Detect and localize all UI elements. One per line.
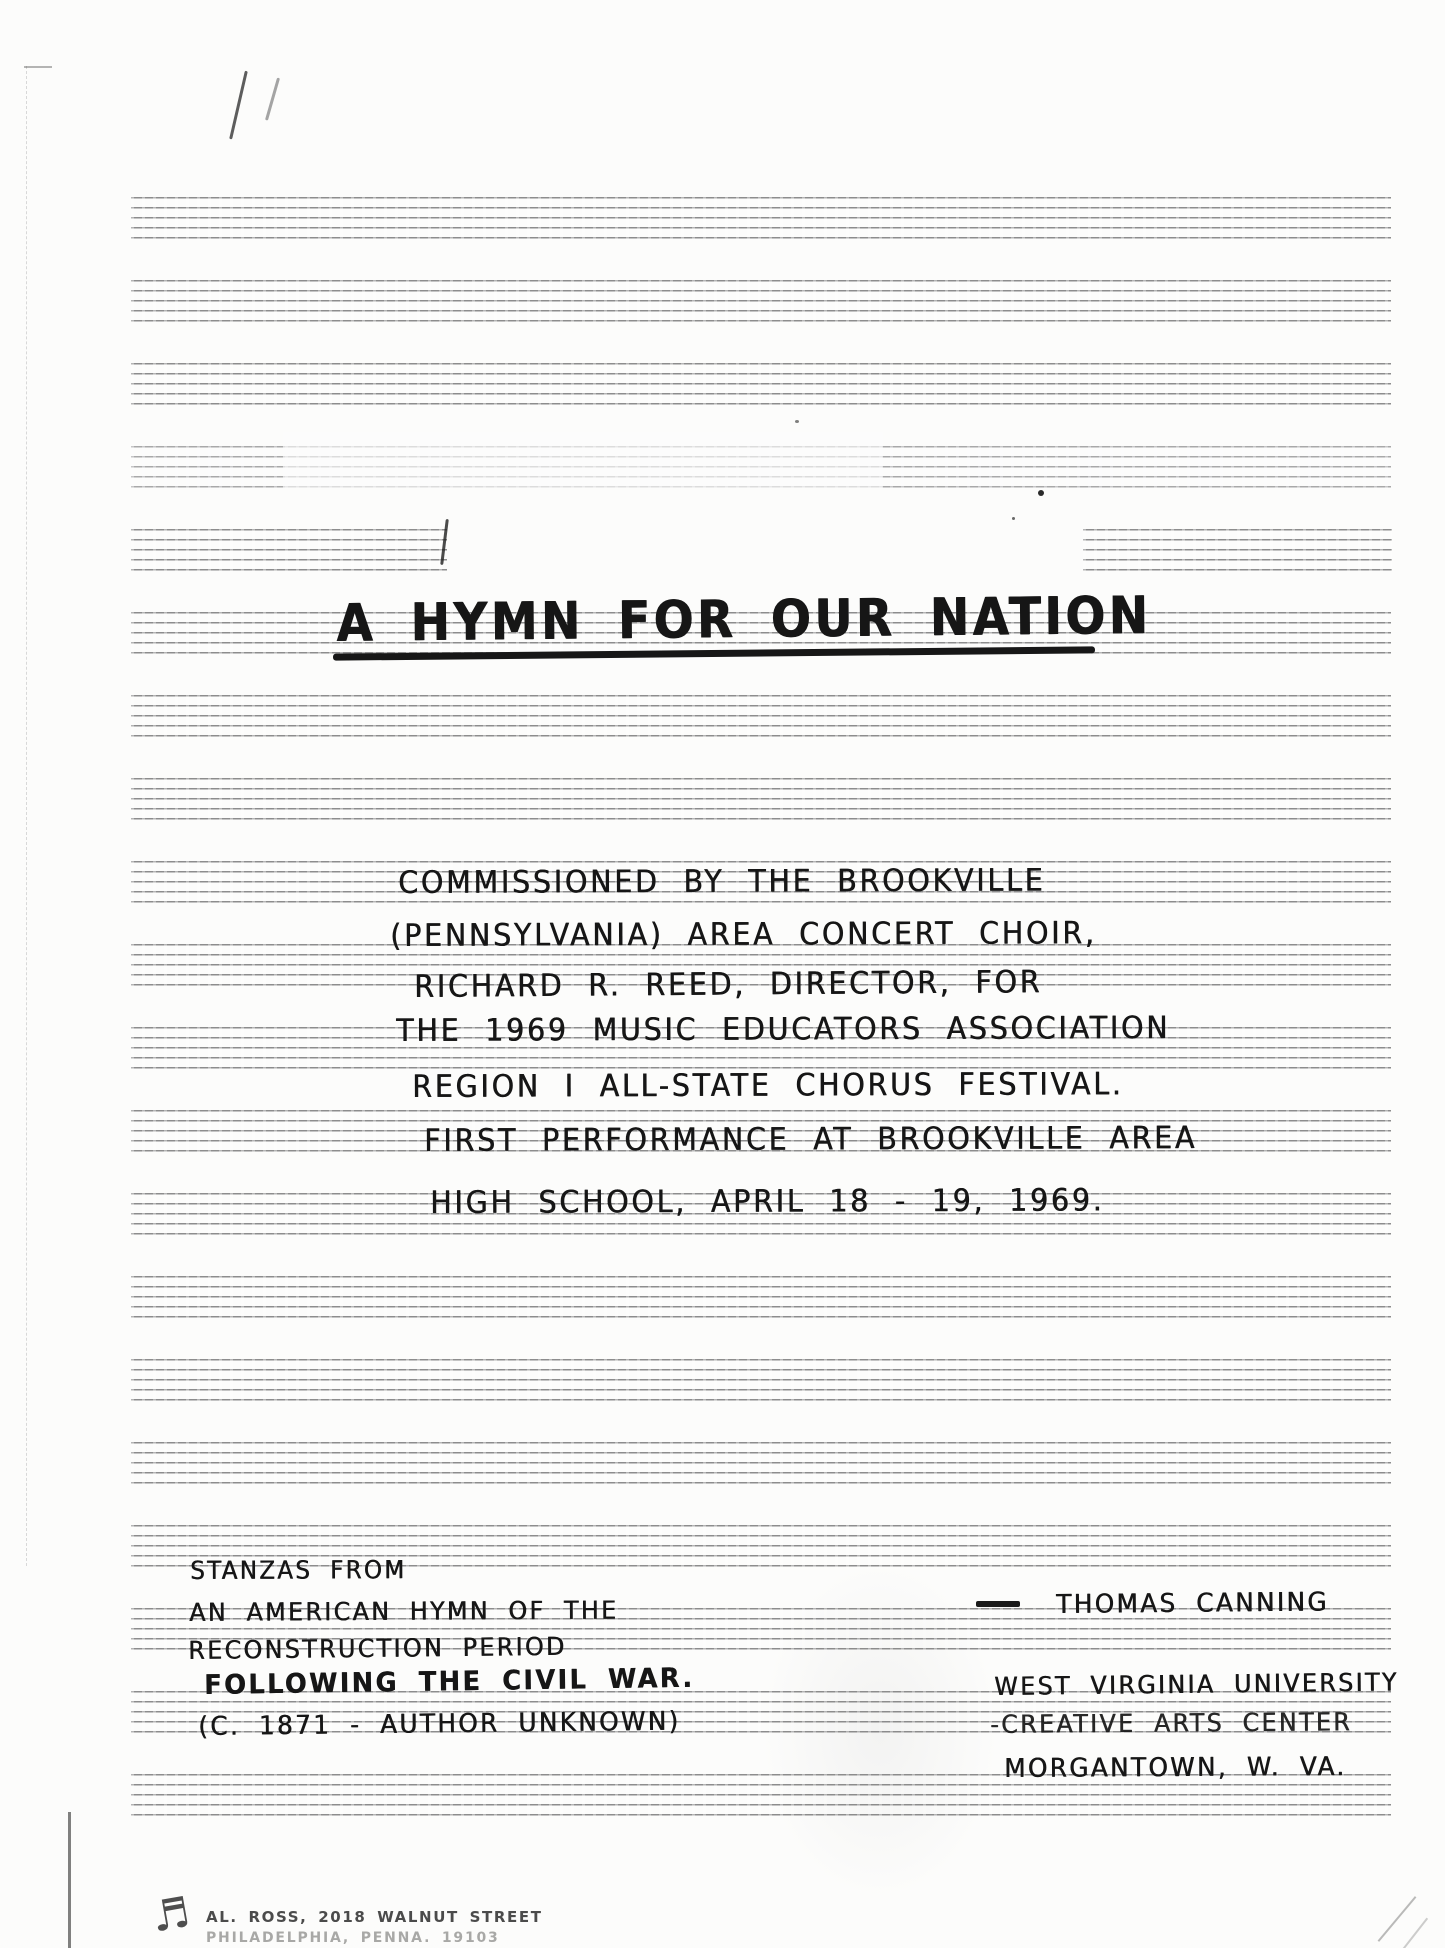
scan-scratch [1378,1896,1417,1942]
commission-line: RICHARD R. REED, DIRECTOR, FOR [414,967,1042,1003]
source-note-line: STANZAS FROM [190,1557,406,1583]
author-dash [976,1601,1020,1607]
ink-speck [795,420,799,423]
staff-line-group [131,1276,1391,1318]
pen-mark [229,71,247,140]
source-note-line: AN AMERICAN HYMN OF THE [189,1598,618,1625]
staff-line-group [131,1442,1391,1484]
ink-speck [1012,517,1015,520]
imprint-city-line: PHILADELPHIA, PENNA. 19103 [206,1930,500,1946]
source-note-line: (C. 1871 - AUTHOR UNKNOWN) [198,1709,681,1740]
author-affiliation: WEST VIRGINIA UNIVERSITY [994,1670,1399,1699]
commission-line: REGION I ALL-STATE CHORUS FESTIVAL. [412,1069,1124,1103]
commission-line: HIGH SCHOOL, APRIL 18 - 19, 1969. [430,1185,1104,1219]
commission-line: THE 1969 MUSIC EDUCATORS ASSOCIATION [396,1013,1170,1047]
source-note-line: FOLLOWING THE CIVIL WAR. [204,1665,695,1699]
scan-edge-line [68,1812,71,1948]
staff-line-group [131,363,1391,405]
staff-line-group [131,1359,1391,1401]
author-location: MORGANTOWN, W. VA. [1004,1754,1346,1782]
staff-line-group [1083,529,1392,571]
staff-line-group [131,695,1391,737]
commission-line: (PENNSYLVANIA) AREA CONCERT CHOIR, [390,918,1097,952]
commission-line: FIRST PERFORMANCE AT BROOKVILLE AREA [424,1123,1197,1157]
author-affiliation: -CREATIVE ARTS CENTER [990,1709,1352,1737]
beamed-notes-icon: ♬ [149,1891,193,1939]
scan-blotch [760,1560,1000,1900]
pen-mark [265,78,280,121]
ink-speck [1038,490,1044,496]
scan-scratch [1402,1918,1428,1948]
source-note-line: RECONSTRUCTION PERIOD [188,1634,567,1663]
staff-line-group [131,778,1391,820]
scan-corner-mark [24,66,52,68]
scan-edge-line [26,66,27,1566]
staff-line-group [131,280,1391,322]
author-name: THOMAS CANNING [1056,1589,1329,1618]
imprint-address-line: AL. ROSS, 2018 WALNUT STREET [206,1908,543,1926]
commission-line: COMMISSIONED BY THE BROOKVILLE [398,866,1045,899]
whiteout-patch [283,432,883,488]
staff-line-group [131,529,447,571]
page-title: A HYMN FOR OUR NATION [336,590,1151,650]
staff-line-group [131,197,1391,239]
manuscript-page: A HYMN FOR OUR NATION COMMISSIONED BY TH… [0,0,1445,1948]
